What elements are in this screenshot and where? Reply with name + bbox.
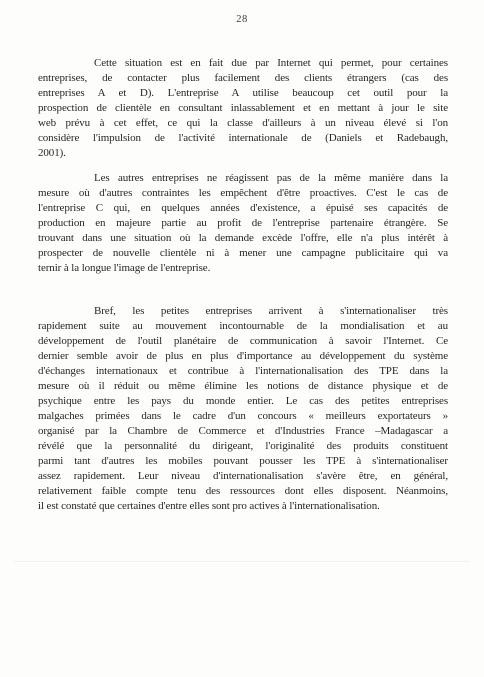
text-line: l'entreprise C qui, en quelques années d… [38,201,448,216]
text-line: organisé par la Chambre de Commerce et d… [38,424,448,439]
text-line: considère l'impulsion de l'activité inte… [38,131,448,146]
scanned-document-page: 28 Cette situation est en fait due par I… [0,0,484,677]
page-number: 28 [0,14,484,25]
text-line: trouvant dans une situation où la demand… [38,231,448,246]
text-line: Bref, les petites entreprises arrivent à… [38,304,448,319]
text-line: production en majeure partie au profit d… [38,216,448,231]
text-line: ternir à la longue l'image de l'entrepri… [38,261,448,276]
text-line: développement de l'outil planétaire de c… [38,334,448,349]
text-line: mesure où il réduit ou même élimine les … [38,379,448,394]
paragraph: Cette situation est en fait due par Inte… [38,56,448,161]
text-line: Les autres entreprises ne réagissent pas… [38,171,448,186]
text-line: malgaches primées dans le cadre d'un con… [38,409,448,424]
text-line: relativement faible compte tenu des ress… [38,484,448,499]
text-line: entreprises, de contacter plus facilemen… [38,71,448,86]
paragraph: Bref, les petites entreprises arrivent à… [38,304,448,514]
text-line: révélé que la personnalité du dirigeant,… [38,439,448,454]
text-line: parmi tant d'autres les mobiles pouvant … [38,454,448,469]
text-line: mesure où d'autres contraintes les empêc… [38,186,448,201]
text-line: dernier semble avoir de plus en plus d'i… [38,349,448,364]
text-line: rapidement suite au mouvement incontourn… [38,319,448,334]
text-line: psychique entre les pays du monde entier… [38,394,448,409]
text-line: il est constaté que certaines d'entre el… [38,499,448,514]
paragraph: Les autres entreprises ne réagissent pas… [38,171,448,276]
page-body: Cette situation est en fait due par Inte… [38,56,448,514]
text-line: d'échanges internationaux et contribue à… [38,364,448,379]
text-line: Cette situation est en fait due par Inte… [38,56,448,71]
text-line: 2001). [38,146,448,161]
text-line: assez rapidement. Leur niveau d'internat… [38,469,448,484]
text-line: prospecter de nouvelle clientèle ni à me… [38,246,448,261]
text-line: prospection de clientèle en consultant i… [38,101,448,116]
text-line: web prévu à cet effet, ce qui la classe … [38,116,448,131]
page-bottom-edge [14,561,470,562]
text-line: entreprises A et D). L'entreprise A util… [38,86,448,101]
